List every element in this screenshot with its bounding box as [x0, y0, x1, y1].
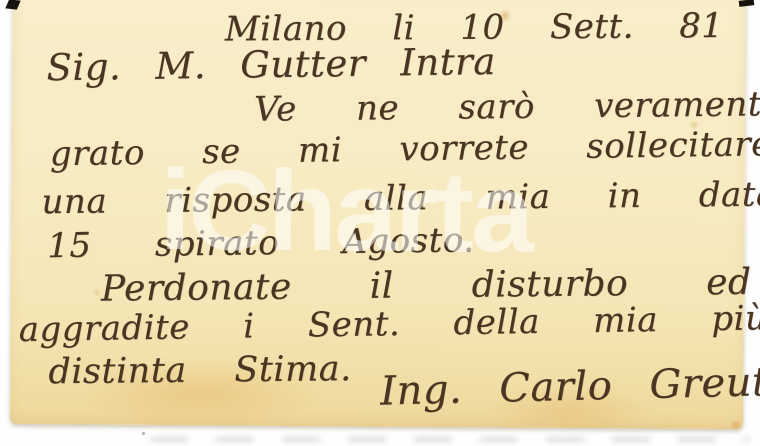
postcard: Milano li 10 Sett. 81 Sig. M. Gutter Int… — [10, 0, 746, 429]
handwriting-line-closing: distinta Stima. — [48, 349, 352, 392]
handwriting-signature: Ing. Carlo Greuter — [380, 358, 760, 415]
handwriting-line: 15 spirato Agosto. — [47, 220, 475, 266]
handwriting-line: una risposta alla mia in data — [41, 175, 760, 223]
scan-artifact-dot — [142, 432, 145, 435]
handwriting-line: Ve ne sarò veramente — [254, 84, 760, 130]
scan-artifact-top-right-icon — [739, 0, 755, 7]
handwriting-line: grato se mi vorrete sollecitare — [50, 124, 760, 174]
handwriting-line-recipient: Sig. M. Gutter Intra — [46, 40, 496, 89]
scan-background: Milano li 10 Sett. 81 Sig. M. Gutter Int… — [0, 0, 760, 446]
scan-artifact-bottom — [150, 437, 750, 442]
